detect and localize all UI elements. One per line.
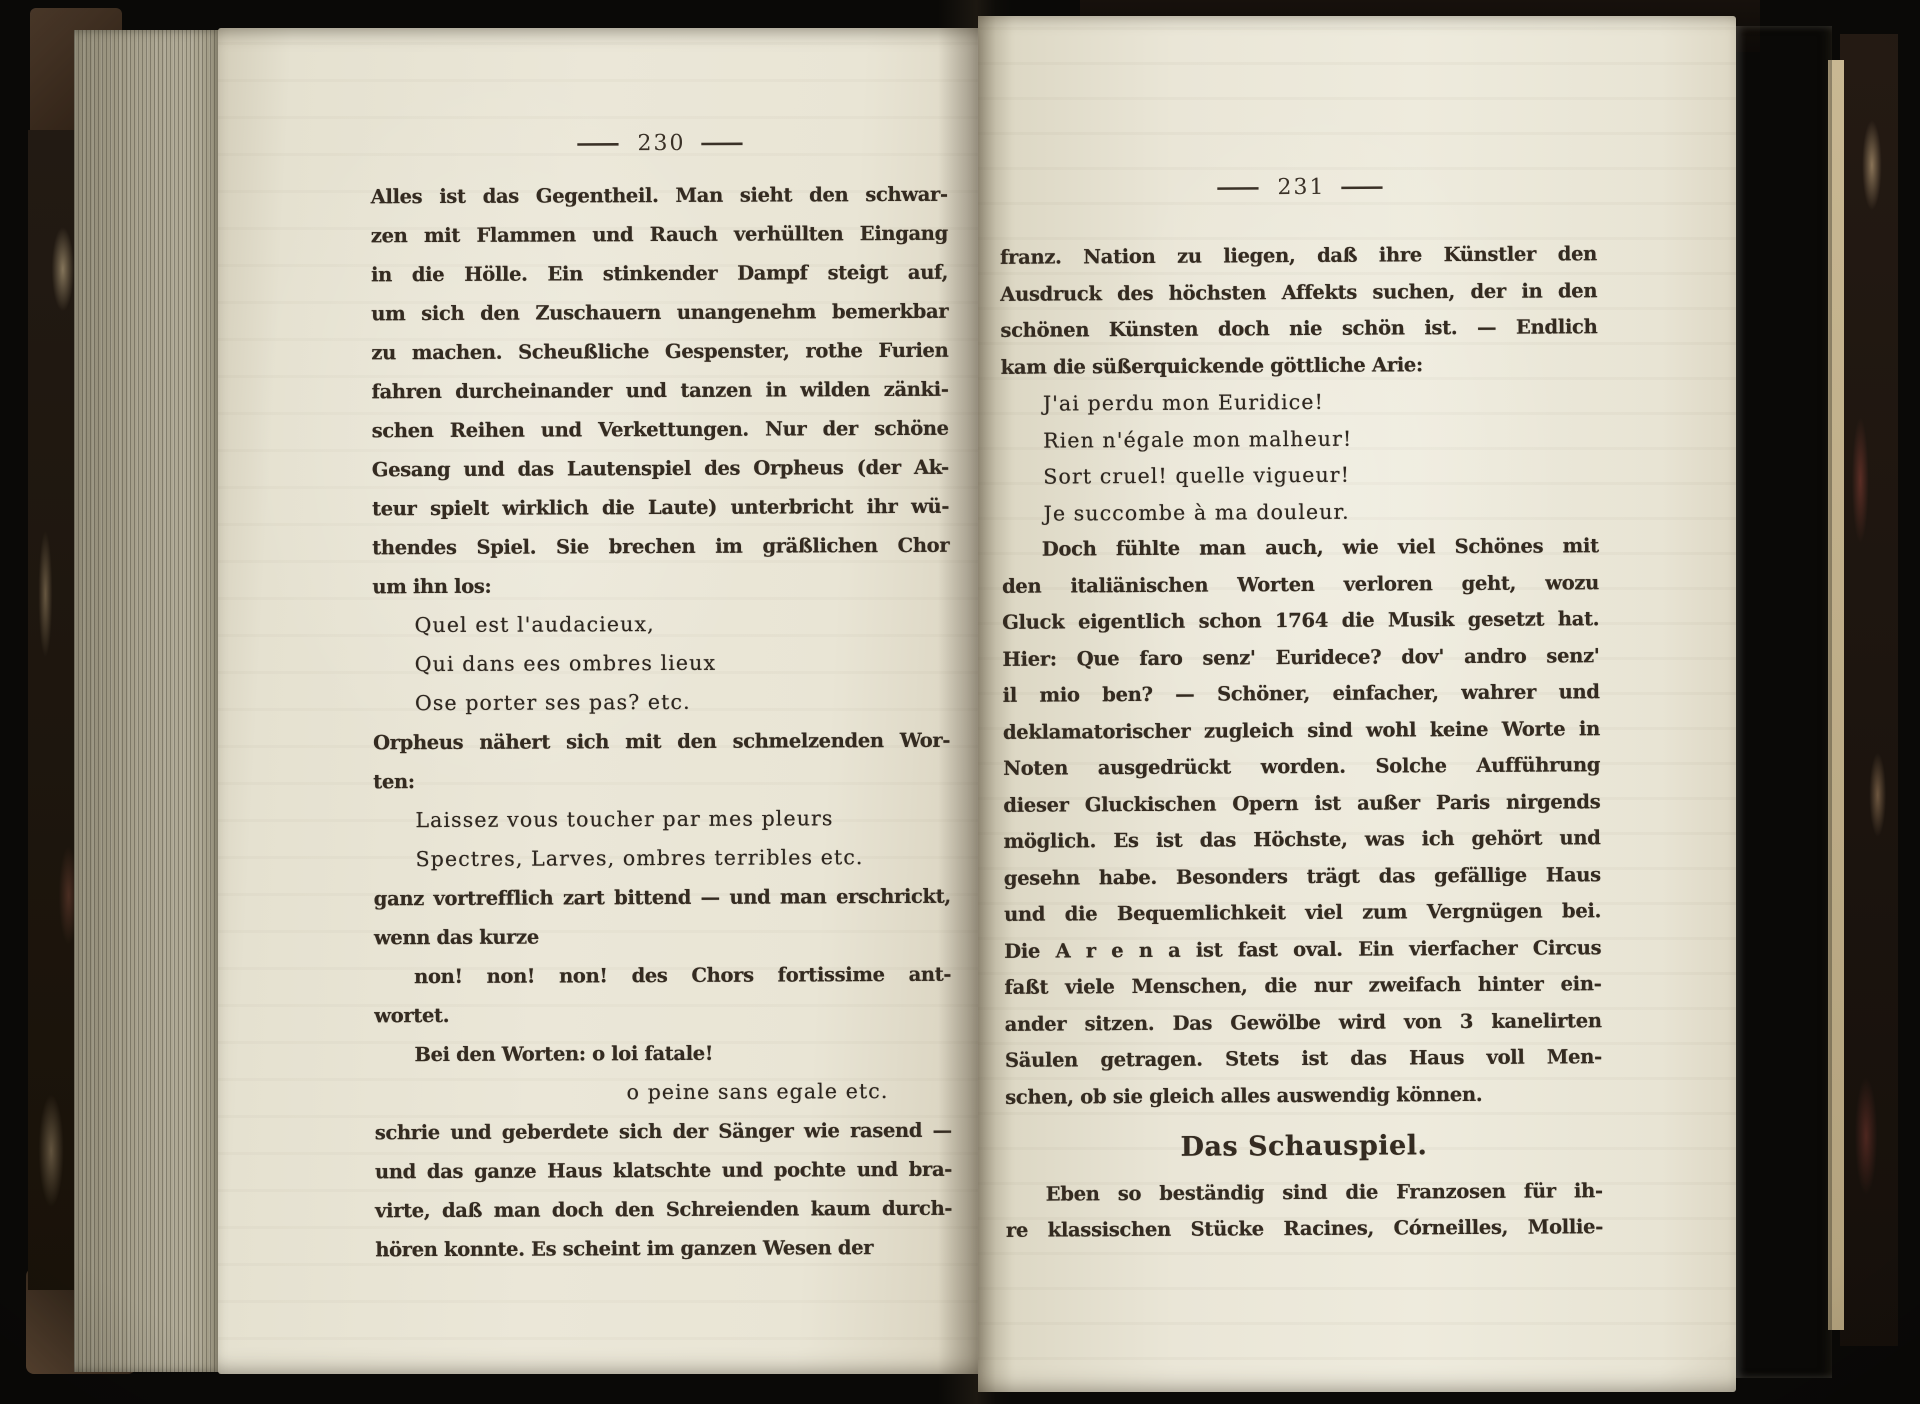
text-line: Quel est l'audacieux, bbox=[372, 604, 949, 646]
text-line: Spectres, Larves, ombres terribles etc. bbox=[374, 838, 951, 880]
text-line: Rien n'égale mon malheur! bbox=[1001, 419, 1598, 459]
right-marbled-cover bbox=[1840, 34, 1898, 1346]
text-line: ander sitzen. Das Gewölbe wird von 3 kan… bbox=[1005, 1003, 1602, 1043]
text-line: Gesang und das Lautenspiel des Orpheus (… bbox=[372, 448, 949, 490]
text-line: Orpheus nähert sich mit den schmelzenden… bbox=[373, 721, 950, 763]
text-line: Sort cruel! quelle vigueur! bbox=[1001, 455, 1598, 495]
header-rule-right: — bbox=[698, 130, 749, 156]
text-line: schönen Künsten doch nie schön ist. — En… bbox=[1000, 309, 1597, 349]
text-line: dieser Gluckischen Opern ist außer Paris… bbox=[1003, 784, 1600, 824]
text-line: schen Reihen und Verkettungen. Nur der s… bbox=[372, 409, 949, 451]
text-line: non! non! non! des Chors fortissime ant- bbox=[374, 955, 951, 997]
text-line: virte, daß man doch den Schreienden kaum… bbox=[375, 1189, 952, 1231]
left-page-number-header: —230— bbox=[373, 129, 950, 158]
left-page-block-edges bbox=[74, 30, 224, 1372]
text-line: fahren durcheinander und tanzen in wilde… bbox=[371, 370, 948, 412]
text-line: Eben so beständig sind die Franzosen für… bbox=[1006, 1173, 1603, 1213]
header-rule-left: — bbox=[574, 130, 625, 156]
text-line: Alles ist das Gegentheil. Man sieht den … bbox=[371, 175, 948, 217]
header-rule-right: — bbox=[1338, 173, 1389, 199]
text-line: Qui dans ees ombres lieux bbox=[373, 643, 950, 685]
left-page: —230— Alles ist das Gegentheil. Man sieh… bbox=[218, 28, 978, 1374]
text-line: und die Bequemlichkeit viel zum Vergnüge… bbox=[1004, 893, 1601, 933]
text-line: Die A r e n a ist fast oval. Ein vierfac… bbox=[1004, 930, 1601, 970]
text-line: teur spielt wirklich die Laute) unterbri… bbox=[372, 487, 949, 529]
text-line: deklamatorischer zugleich sind wohl kein… bbox=[1003, 711, 1600, 751]
text-line: und das ganze Haus klatschte und pochte … bbox=[375, 1150, 952, 1192]
text-line: thendes Spiel. Sie brechen im gräßlichen… bbox=[372, 526, 949, 568]
right-page-number-header: —231— bbox=[1003, 172, 1600, 202]
text-line: ten: bbox=[373, 760, 950, 802]
text-line: Noten ausgedrückt worden. Solche Aufführ… bbox=[1003, 747, 1600, 787]
text-line: Gluck eigentlich schon 1764 die Musik ge… bbox=[1002, 601, 1599, 641]
text-line: schrie und geberdete sich der Sänger wie… bbox=[375, 1111, 952, 1153]
text-line: re klassischen Stücke Racines, Córneille… bbox=[1006, 1209, 1603, 1249]
text-line: Je succombe à ma douleur. bbox=[1001, 492, 1598, 532]
page-number: 231 bbox=[1277, 175, 1325, 200]
text-line: Bei den Worten: o loi fatale! bbox=[374, 1033, 951, 1075]
left-text-column: Alles ist das Gegentheil. Man sieht den … bbox=[371, 175, 953, 1270]
text-line: ganz vortrefflich zart bittend — und man… bbox=[374, 877, 951, 919]
text-line: Laissez vous toucher par mes pleurs bbox=[373, 799, 950, 841]
text-line: J'ai perdu mon Euridice! bbox=[1001, 382, 1598, 422]
header-rule-left: — bbox=[1214, 174, 1265, 200]
text-line: um sich den Zuschauern unangenehm bemerk… bbox=[371, 292, 948, 334]
text-line: zen mit Flammen und Rauch verhüllten Ein… bbox=[371, 214, 948, 256]
text-line: kam die süßerquickende göttliche Arie: bbox=[1001, 346, 1598, 386]
text-line: möglich. Es ist das Höchste, was ich geh… bbox=[1003, 820, 1600, 860]
text-line: den italiänischen Worten verloren geht, … bbox=[1002, 565, 1599, 605]
text-line: o peine sans egale etc. bbox=[375, 1072, 952, 1114]
text-line: zu machen. Scheußliche Gespenster, rothe… bbox=[371, 331, 948, 373]
text-line: in die Hölle. Ein stinkender Dampf steig… bbox=[371, 253, 948, 295]
page-number: 230 bbox=[637, 131, 685, 156]
text-line: Hier: Que faro senz' Euridece? dov' andr… bbox=[1002, 638, 1599, 678]
text-line: hören konnte. Es scheint im ganzen Wesen… bbox=[375, 1228, 952, 1270]
text-line: um ihn los: bbox=[372, 565, 949, 607]
text-line: Ausdruck des höchsten Affekts suchen, de… bbox=[1000, 273, 1597, 313]
right-page-block-edges bbox=[1736, 26, 1832, 1378]
section-heading: Das Schauspiel. bbox=[1005, 1127, 1602, 1167]
right-text-column: franz. Nation zu liegen, daß ihre Künstl… bbox=[1000, 236, 1603, 1249]
right-page: —231— franz. Nation zu liegen, daß ihre … bbox=[978, 16, 1736, 1392]
text-line: wortet. bbox=[374, 994, 951, 1036]
text-line: il mio ben? — Schöner, einfacher, wahrer… bbox=[1003, 674, 1600, 714]
text-line: gesehn habe. Besonders trägt das gefälli… bbox=[1004, 857, 1601, 897]
book-gutter-shadow bbox=[938, 0, 1012, 1404]
text-line: Säulen getragen. Stets ist das Haus voll… bbox=[1005, 1039, 1602, 1079]
book-photo: —230— Alles ist das Gegentheil. Man sieh… bbox=[0, 0, 1920, 1404]
text-line: schen, ob sie gleich alles auswendig kön… bbox=[1005, 1076, 1602, 1116]
text-line: Ose porter ses pas? etc. bbox=[373, 682, 950, 724]
text-line: faßt viele Menschen, die nur zweifach hi… bbox=[1004, 966, 1601, 1006]
text-line: Doch fühlte man auch, wie viel Schönes m… bbox=[1002, 528, 1599, 568]
text-line: wenn das kurze bbox=[374, 916, 951, 958]
text-line: franz. Nation zu liegen, daß ihre Künstl… bbox=[1000, 236, 1597, 276]
